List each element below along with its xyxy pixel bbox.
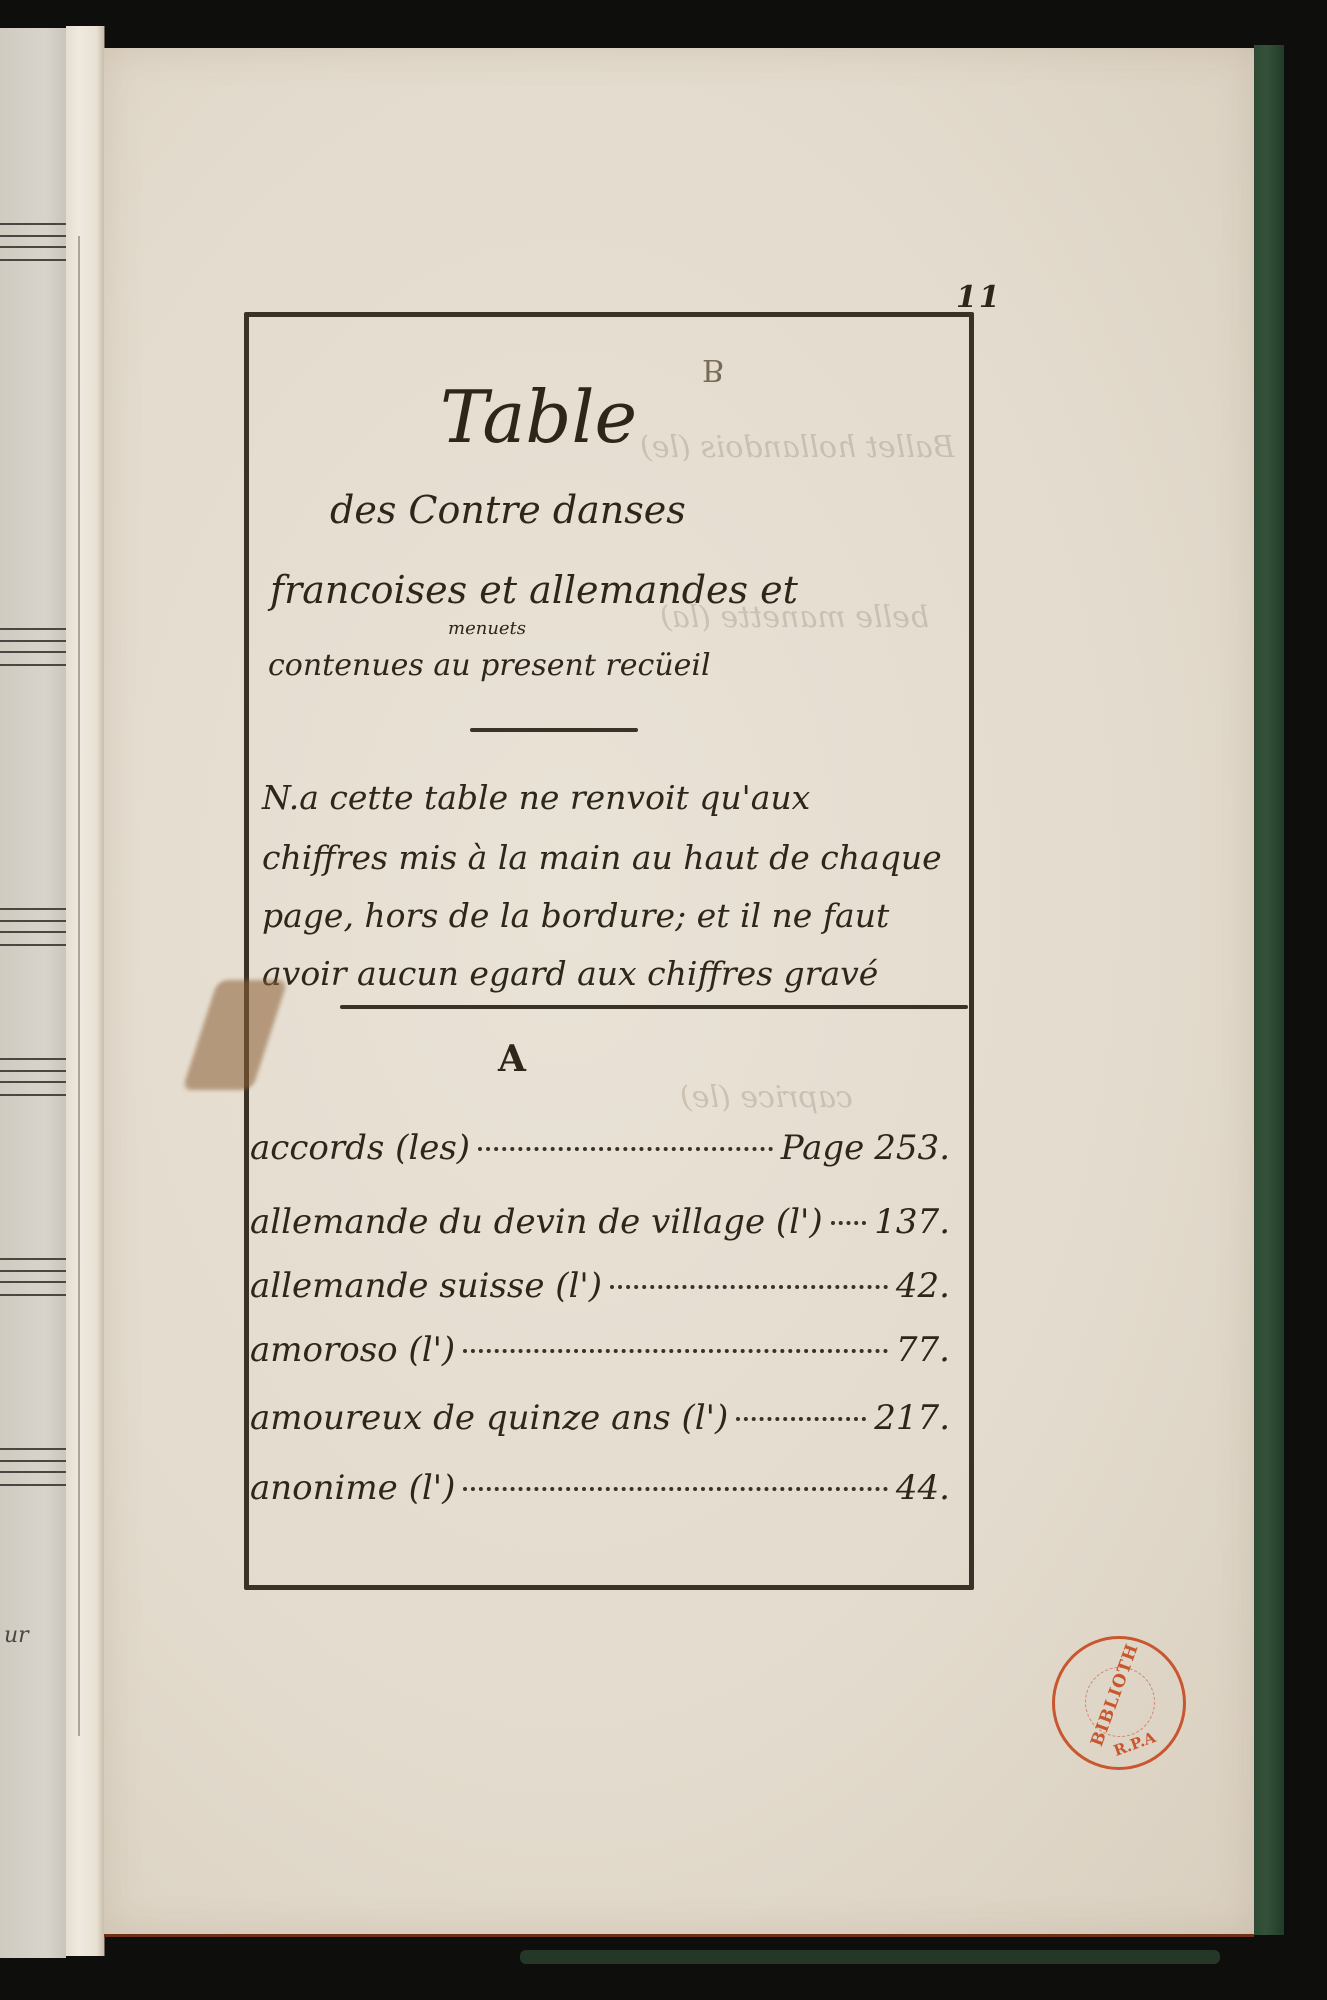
music-staff	[0, 223, 66, 261]
index-entry: accords (les) Page 253.	[250, 1128, 950, 1168]
music-staff	[0, 628, 66, 666]
index-entry: amoroso (l') 77.	[250, 1330, 950, 1370]
entry-title: accords (les)	[250, 1128, 470, 1168]
green-cover-bottom	[520, 1950, 1220, 1964]
note-line-1: N.a cette table ne renvoit qu'aux	[262, 778, 810, 817]
folio-number: 11	[956, 280, 1002, 315]
note-line-4: avoir aucun egard aux chiffres gravé	[262, 954, 878, 993]
leader-dots	[736, 1417, 866, 1421]
divider-short	[470, 728, 638, 732]
subtitle-line-1: des Contre danses	[330, 488, 686, 532]
entry-page-number: 77.	[896, 1330, 950, 1370]
subtitle-line-3: contenues au present recüeil	[268, 648, 711, 683]
entry-page-number: 217.	[874, 1398, 950, 1438]
leader-dots	[463, 1487, 888, 1491]
entry-page-number: 42.	[896, 1266, 950, 1306]
note-line-2: chiffres mis à la main au haut de chaque	[262, 838, 942, 877]
leader-dots	[831, 1221, 867, 1225]
page-title: Table	[440, 375, 637, 459]
entry-title: allemande suisse (l')	[250, 1266, 602, 1306]
entry-page-number: 137.	[874, 1202, 950, 1242]
index-entry: allemande suisse (l') 42.	[250, 1266, 950, 1306]
music-staff	[0, 908, 66, 946]
facing-page-printed-music: ur	[0, 28, 66, 1958]
index-entry: amoureux de quinze ans (l') 217.	[250, 1398, 950, 1438]
facing-page-text-fragment: ur	[4, 1623, 29, 1648]
music-staff	[0, 1058, 66, 1096]
book-gutter	[66, 26, 105, 1956]
music-staff	[0, 1448, 66, 1486]
index-entry: allemande du devin de village (l') 137.	[250, 1202, 950, 1242]
entry-title: amoroso (l')	[250, 1330, 455, 1370]
subtitle-line-2: francoises et allemandes et	[270, 568, 798, 612]
note-line-3: page, hors de la bordure; et il ne faut	[262, 896, 889, 935]
entry-page-label: Page	[781, 1128, 865, 1168]
divider-long	[340, 1005, 968, 1009]
library-stamp: BIBLIOTH R.P.A	[1052, 1636, 1186, 1770]
interlinear-insertion: menuets	[448, 618, 526, 639]
index-entry: anonime (l') 44.	[250, 1468, 950, 1508]
section-letter: A	[498, 1038, 526, 1080]
music-staff	[0, 1258, 66, 1296]
leader-dots	[478, 1147, 773, 1151]
entry-page-number: 44.	[896, 1468, 950, 1508]
show-through-mark: B	[702, 352, 724, 387]
entry-title: anonime (l')	[250, 1468, 455, 1508]
entry-title: amoureux de quinze ans (l')	[250, 1398, 728, 1438]
green-cover-edge	[1254, 45, 1284, 1935]
leader-dots	[463, 1349, 888, 1353]
entry-page-number: 253.	[874, 1128, 950, 1168]
entry-title: allemande du devin de village (l')	[250, 1202, 823, 1242]
leader-dots	[610, 1285, 888, 1289]
